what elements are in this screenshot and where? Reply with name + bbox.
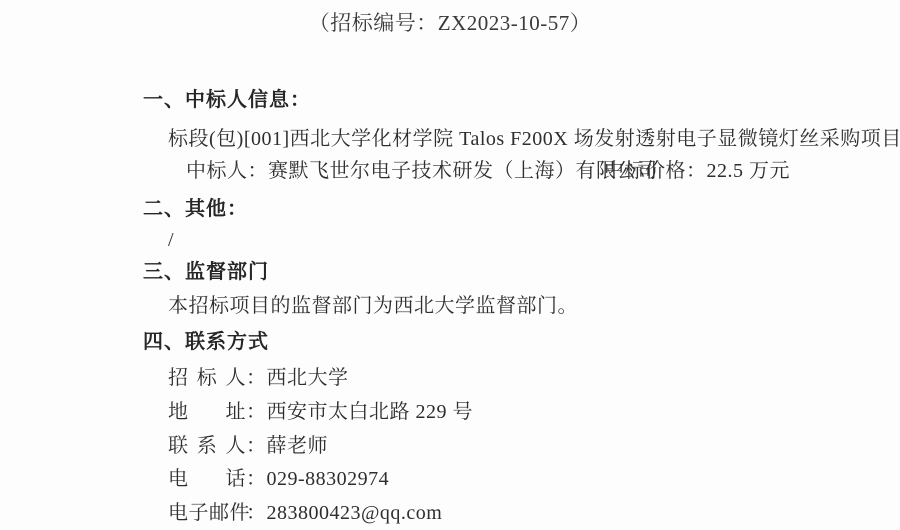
price-value: 22.5 万元 [707, 160, 791, 182]
contact-row-tenderee: 招标人：西北大学 [168, 366, 349, 390]
contact-row-contact-person: 联系人：薛老师 [168, 434, 328, 458]
section-4-heading: 四、联系方式 [143, 330, 269, 354]
document-page: （招标编号：ZX2023-10-57） 一、中标人信息： 标段(包)[001]西… [0, 0, 900, 530]
section-3-heading: 三、监督部门 [143, 260, 269, 284]
contact-row-email: 电子邮件：283800423@qq.com [168, 501, 442, 525]
contact-colon: ： [246, 366, 267, 390]
contact-colon: ： [246, 434, 267, 458]
contact-row-address: 地址：西安市太白北路 229 号 [168, 400, 473, 424]
contact-colon: ： [246, 501, 267, 525]
winner-text: 中标人：赛默飞世尔电子技术研发（上海）有限公司 [186, 159, 658, 183]
price-text: 中标价格：22.5 万元 [604, 159, 790, 183]
contact-value: 薛老师 [267, 434, 329, 458]
bid-number-line: （招标编号：ZX2023-10-57） [0, 11, 900, 35]
section-2-heading: 二、其他： [143, 197, 248, 221]
contact-label: 电话 [168, 467, 246, 491]
contact-colon: ： [246, 467, 267, 491]
contact-label: 电子邮件 [168, 501, 246, 525]
section-1-heading: 一、中标人信息： [143, 88, 311, 112]
contact-value: 西北大学 [267, 366, 349, 390]
winner-label: 中标人： [186, 160, 268, 182]
contact-value: 西安市太白北路 229 号 [267, 400, 474, 424]
lot-description-line: 标段(包)[001]西北大学化材学院 Talos F200X 场发射透射电子显微… [168, 127, 900, 151]
winner-value: 赛默飞世尔电子技术研发（上海）有限公司 [268, 160, 658, 182]
other-content: / [168, 228, 174, 252]
contact-value: 029-88302974 [267, 467, 390, 491]
supervision-text: 本招标项目的监督部门为西北大学监督部门。 [168, 294, 578, 318]
contact-label: 地址 [168, 400, 246, 424]
contact-value: 283800423@qq.com [267, 501, 443, 525]
price-label: 中标价格： [604, 160, 707, 182]
contact-colon: ： [246, 400, 267, 424]
contact-label: 招标人 [168, 366, 246, 390]
contact-row-phone: 电话：029-88302974 [168, 467, 389, 491]
contact-label: 联系人 [168, 434, 246, 458]
